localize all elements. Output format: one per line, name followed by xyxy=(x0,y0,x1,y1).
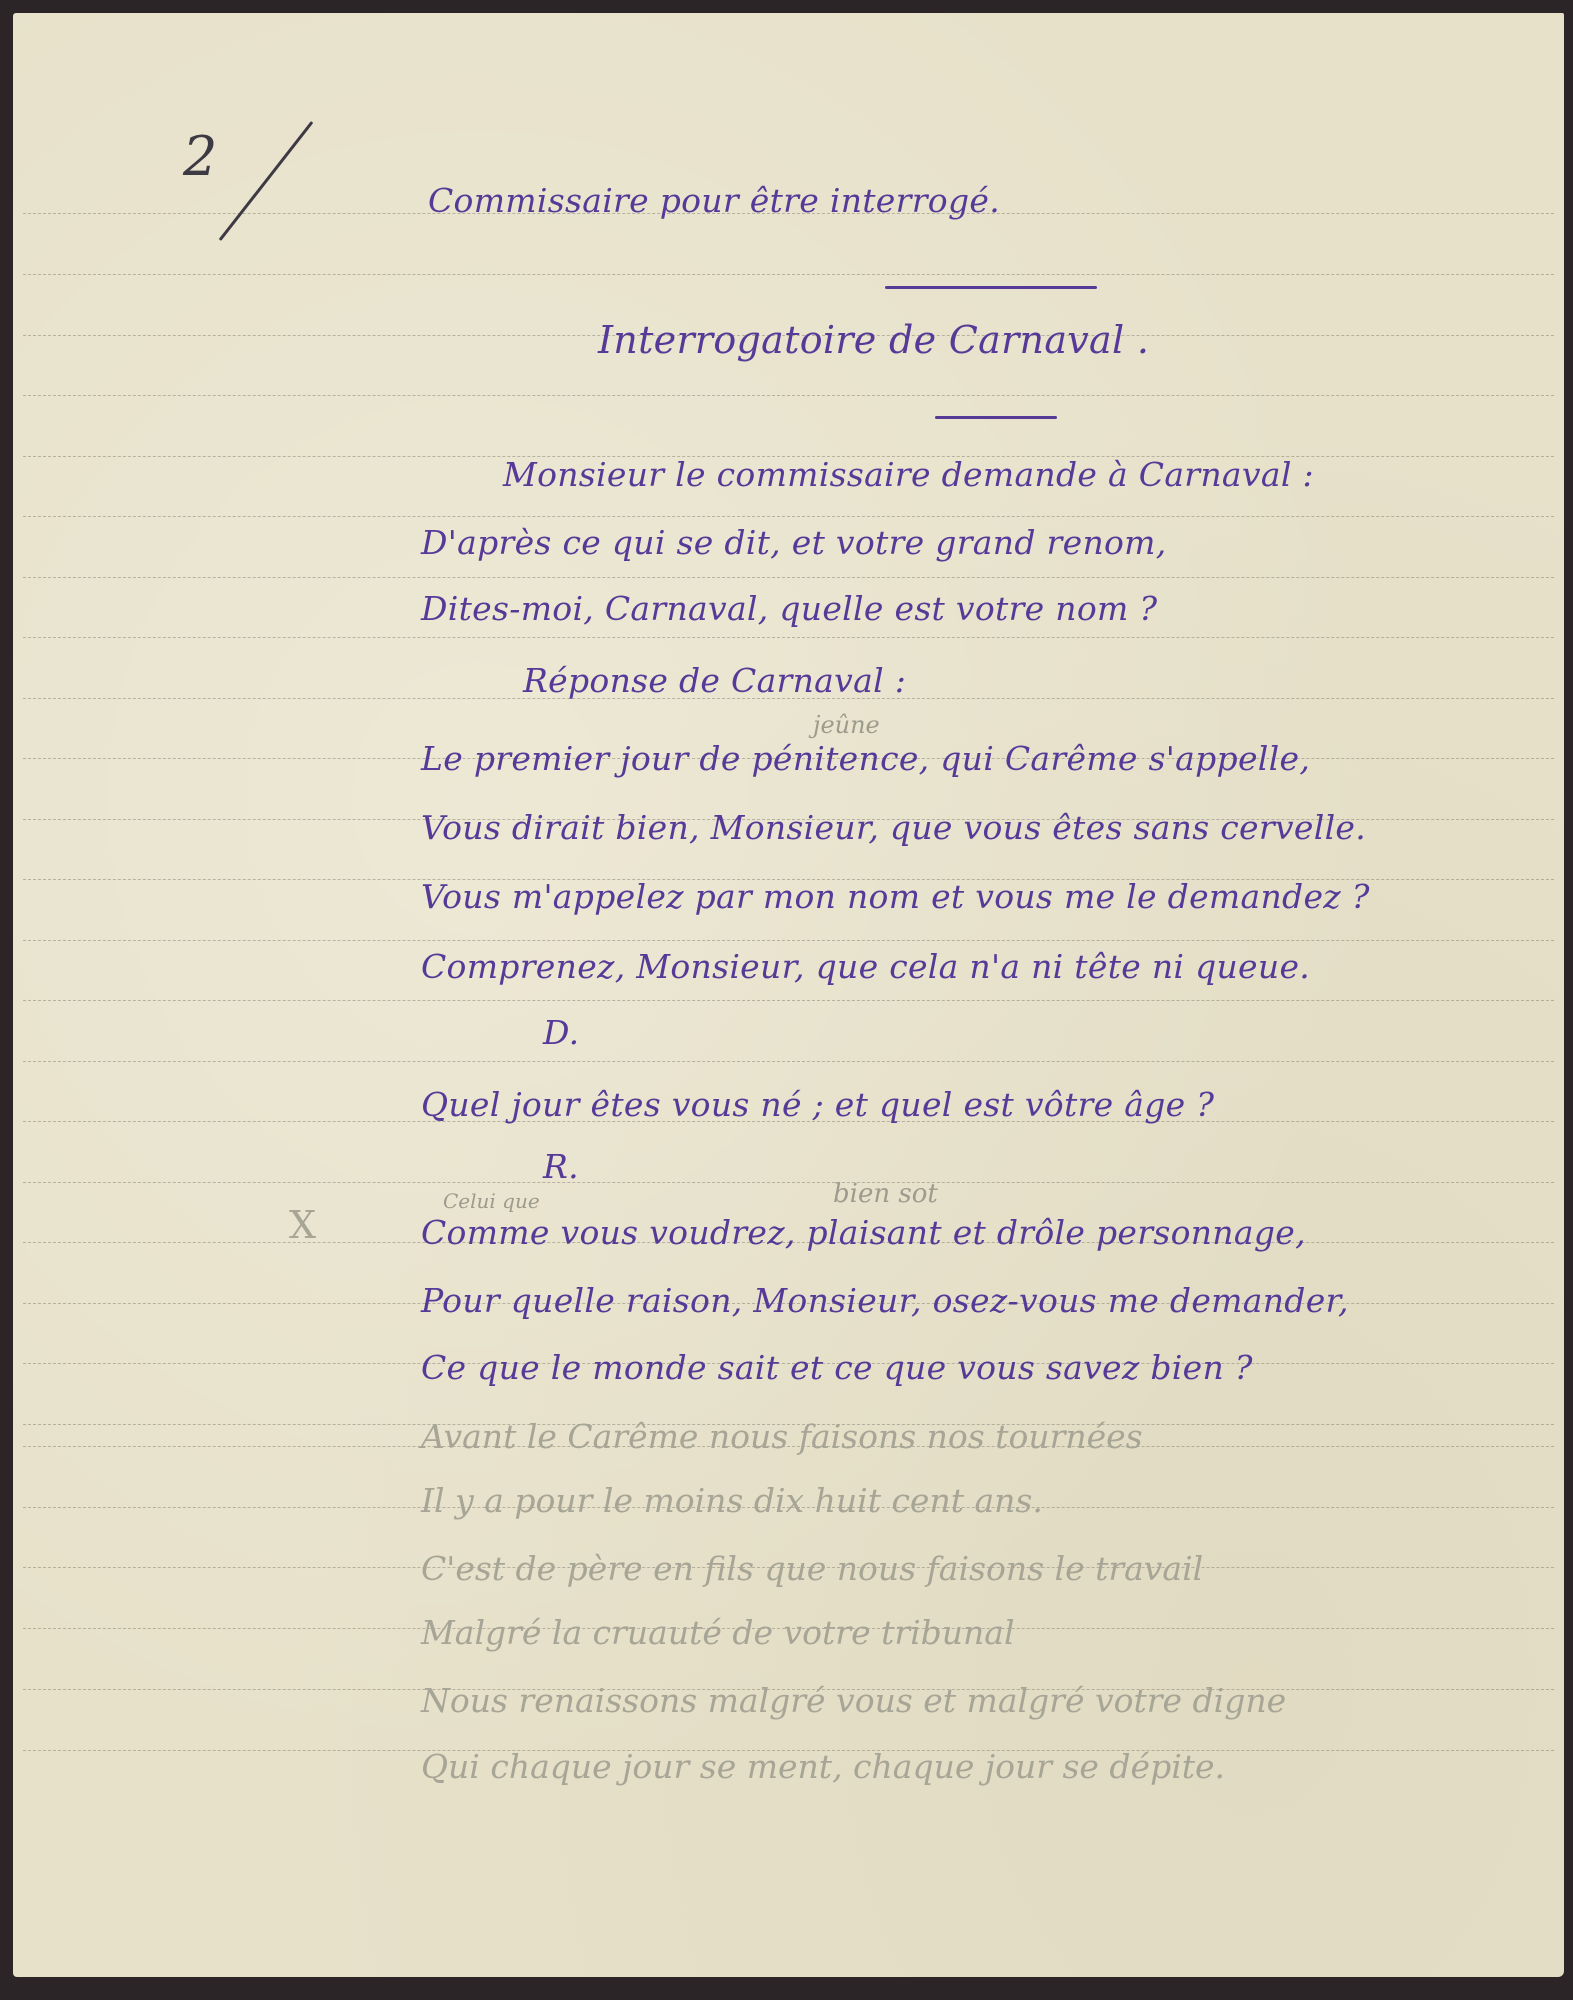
text-line: Dites-moi, Carnaval, quelle est votre no… xyxy=(421,589,1157,628)
answer-marker: R. xyxy=(543,1147,579,1186)
text-line: D'après ce qui se dit, et votre grand re… xyxy=(421,523,1167,562)
ruled-line xyxy=(23,274,1554,275)
pencil-line: Avant le Carême nous faisons nos tournée… xyxy=(421,1417,1143,1456)
text-line: Monsieur le commissaire demande à Carnav… xyxy=(503,455,1314,494)
ruled-line xyxy=(23,516,1554,517)
ruled-line xyxy=(23,577,1554,578)
question-marker: D. xyxy=(543,1013,579,1052)
correction-above-left: Celui que xyxy=(443,1189,540,1213)
folio-number: 2 xyxy=(183,125,217,188)
speaker-label: Réponse de Carnaval : xyxy=(523,661,906,700)
folio-slash xyxy=(219,121,314,241)
title-rule-bottom xyxy=(935,416,1057,419)
text-line: Quel jour êtes vous né ; et quel est vôt… xyxy=(421,1085,1214,1124)
text-line: Comprenez, Monsieur, que cela n'a ni têt… xyxy=(421,947,1310,986)
text-line: Vous dirait bien, Monsieur, que vous ête… xyxy=(421,808,1366,847)
page-title: Interrogatoire de Carnaval . xyxy=(598,318,1149,362)
text-line: Pour quelle raison, Monsieur, osez-vous … xyxy=(421,1281,1349,1320)
manuscript-page: 2 Commissaire pour être interrogé. Inter… xyxy=(13,13,1564,1977)
text-line: Le premier jour de pénitence, qui Carême… xyxy=(421,739,1310,778)
ruled-line xyxy=(23,395,1554,396)
correction-above-mid: bien sot xyxy=(833,1179,938,1209)
text-line: Comme vous voudrez, plaisant et drôle pe… xyxy=(421,1213,1306,1252)
pencil-line: Il y a pour le moins dix huit cent ans. xyxy=(421,1481,1043,1520)
pencil-line: C'est de père en fils que nous faisons l… xyxy=(421,1549,1203,1588)
pencil-line: Malgré la cruauté de votre tribunal xyxy=(421,1613,1015,1652)
ruled-line xyxy=(23,637,1554,638)
correction-above: jeûne xyxy=(813,711,880,739)
text-line: Ce que le monde sait et ce que vous save… xyxy=(421,1348,1253,1387)
text-line: Vous m'appelez par mon nom et vous me le… xyxy=(421,877,1370,916)
ruled-line xyxy=(23,1182,1554,1183)
ruled-line xyxy=(23,940,1554,941)
pencil-line: Qui chaque jour se ment, chaque jour se … xyxy=(421,1747,1225,1786)
ruled-line xyxy=(23,1000,1554,1001)
header-note: Commissaire pour être interrogé. xyxy=(428,181,1000,220)
ruled-line xyxy=(23,1061,1554,1062)
title-rule-top xyxy=(885,286,1097,289)
pencil-line: Nous renaissons malgré vous et malgré vo… xyxy=(421,1681,1286,1720)
margin-x-mark: X xyxy=(289,1203,316,1247)
